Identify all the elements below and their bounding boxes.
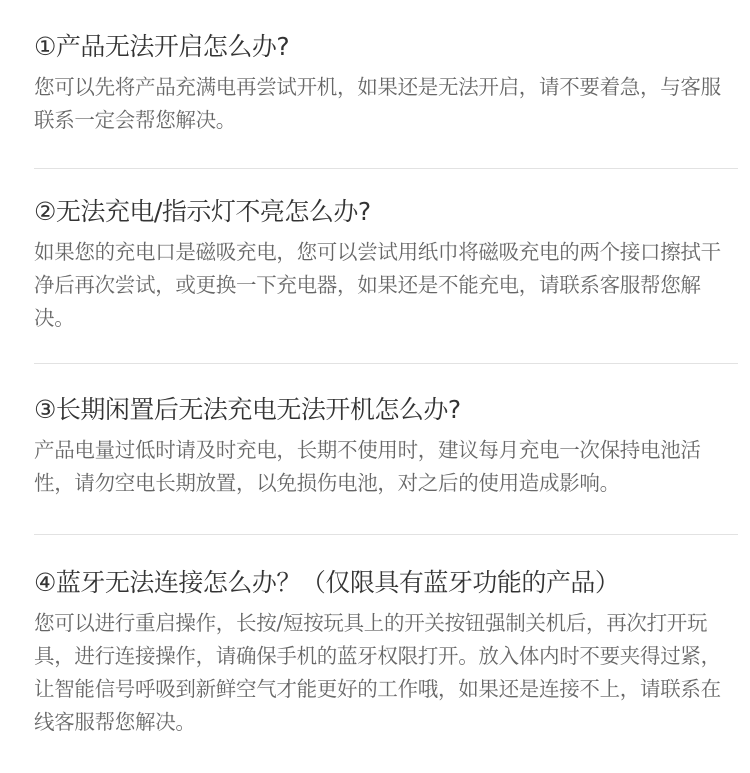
faq-item-4: ④蓝牙无法连接怎么办？（仅限具有蓝牙功能的产品） 您可以进行重启操作，长按/短按…	[34, 566, 738, 739]
faq-answer: 如果您的充电口是磁吸充电，您可以尝试用纸巾将磁吸充电的两个接口擦拭干净后再次尝试…	[34, 236, 738, 335]
faq-item-3: ③长期闲置后无法充电无法开机怎么办? 产品电量过低时请及时充电，长期不使用时，建…	[34, 393, 738, 500]
faq-item-2: ②无法充电/指示灯不亮怎么办? 如果您的充电口是磁吸充电，您可以尝试用纸巾将磁吸…	[34, 195, 738, 335]
faq-question: ④蓝牙无法连接怎么办？（仅限具有蓝牙功能的产品）	[34, 566, 738, 600]
faq-answer: 您可以进行重启操作，长按/短按玩具上的开关按钮强制关机后，再次打开玩具，进行连接…	[34, 607, 738, 739]
divider	[34, 534, 738, 535]
faq-question: ①产品无法开启怎么办?	[34, 30, 738, 64]
faq-answer: 产品电量过低时请及时充电，长期不使用时，建议每月充电一次保持电池活性，请勿空电长…	[34, 434, 738, 500]
divider	[34, 168, 738, 169]
faq-answer: 您可以先将产品充满电再尝试开机，如果还是无法开启，请不要着急，与客服联系一定会帮…	[34, 71, 738, 137]
faq-question: ③长期闲置后无法充电无法开机怎么办?	[34, 393, 738, 427]
faq-item-1: ①产品无法开启怎么办? 您可以先将产品充满电再尝试开机，如果还是无法开启，请不要…	[34, 30, 738, 137]
divider	[34, 363, 738, 364]
faq-question: ②无法充电/指示灯不亮怎么办?	[34, 195, 738, 229]
